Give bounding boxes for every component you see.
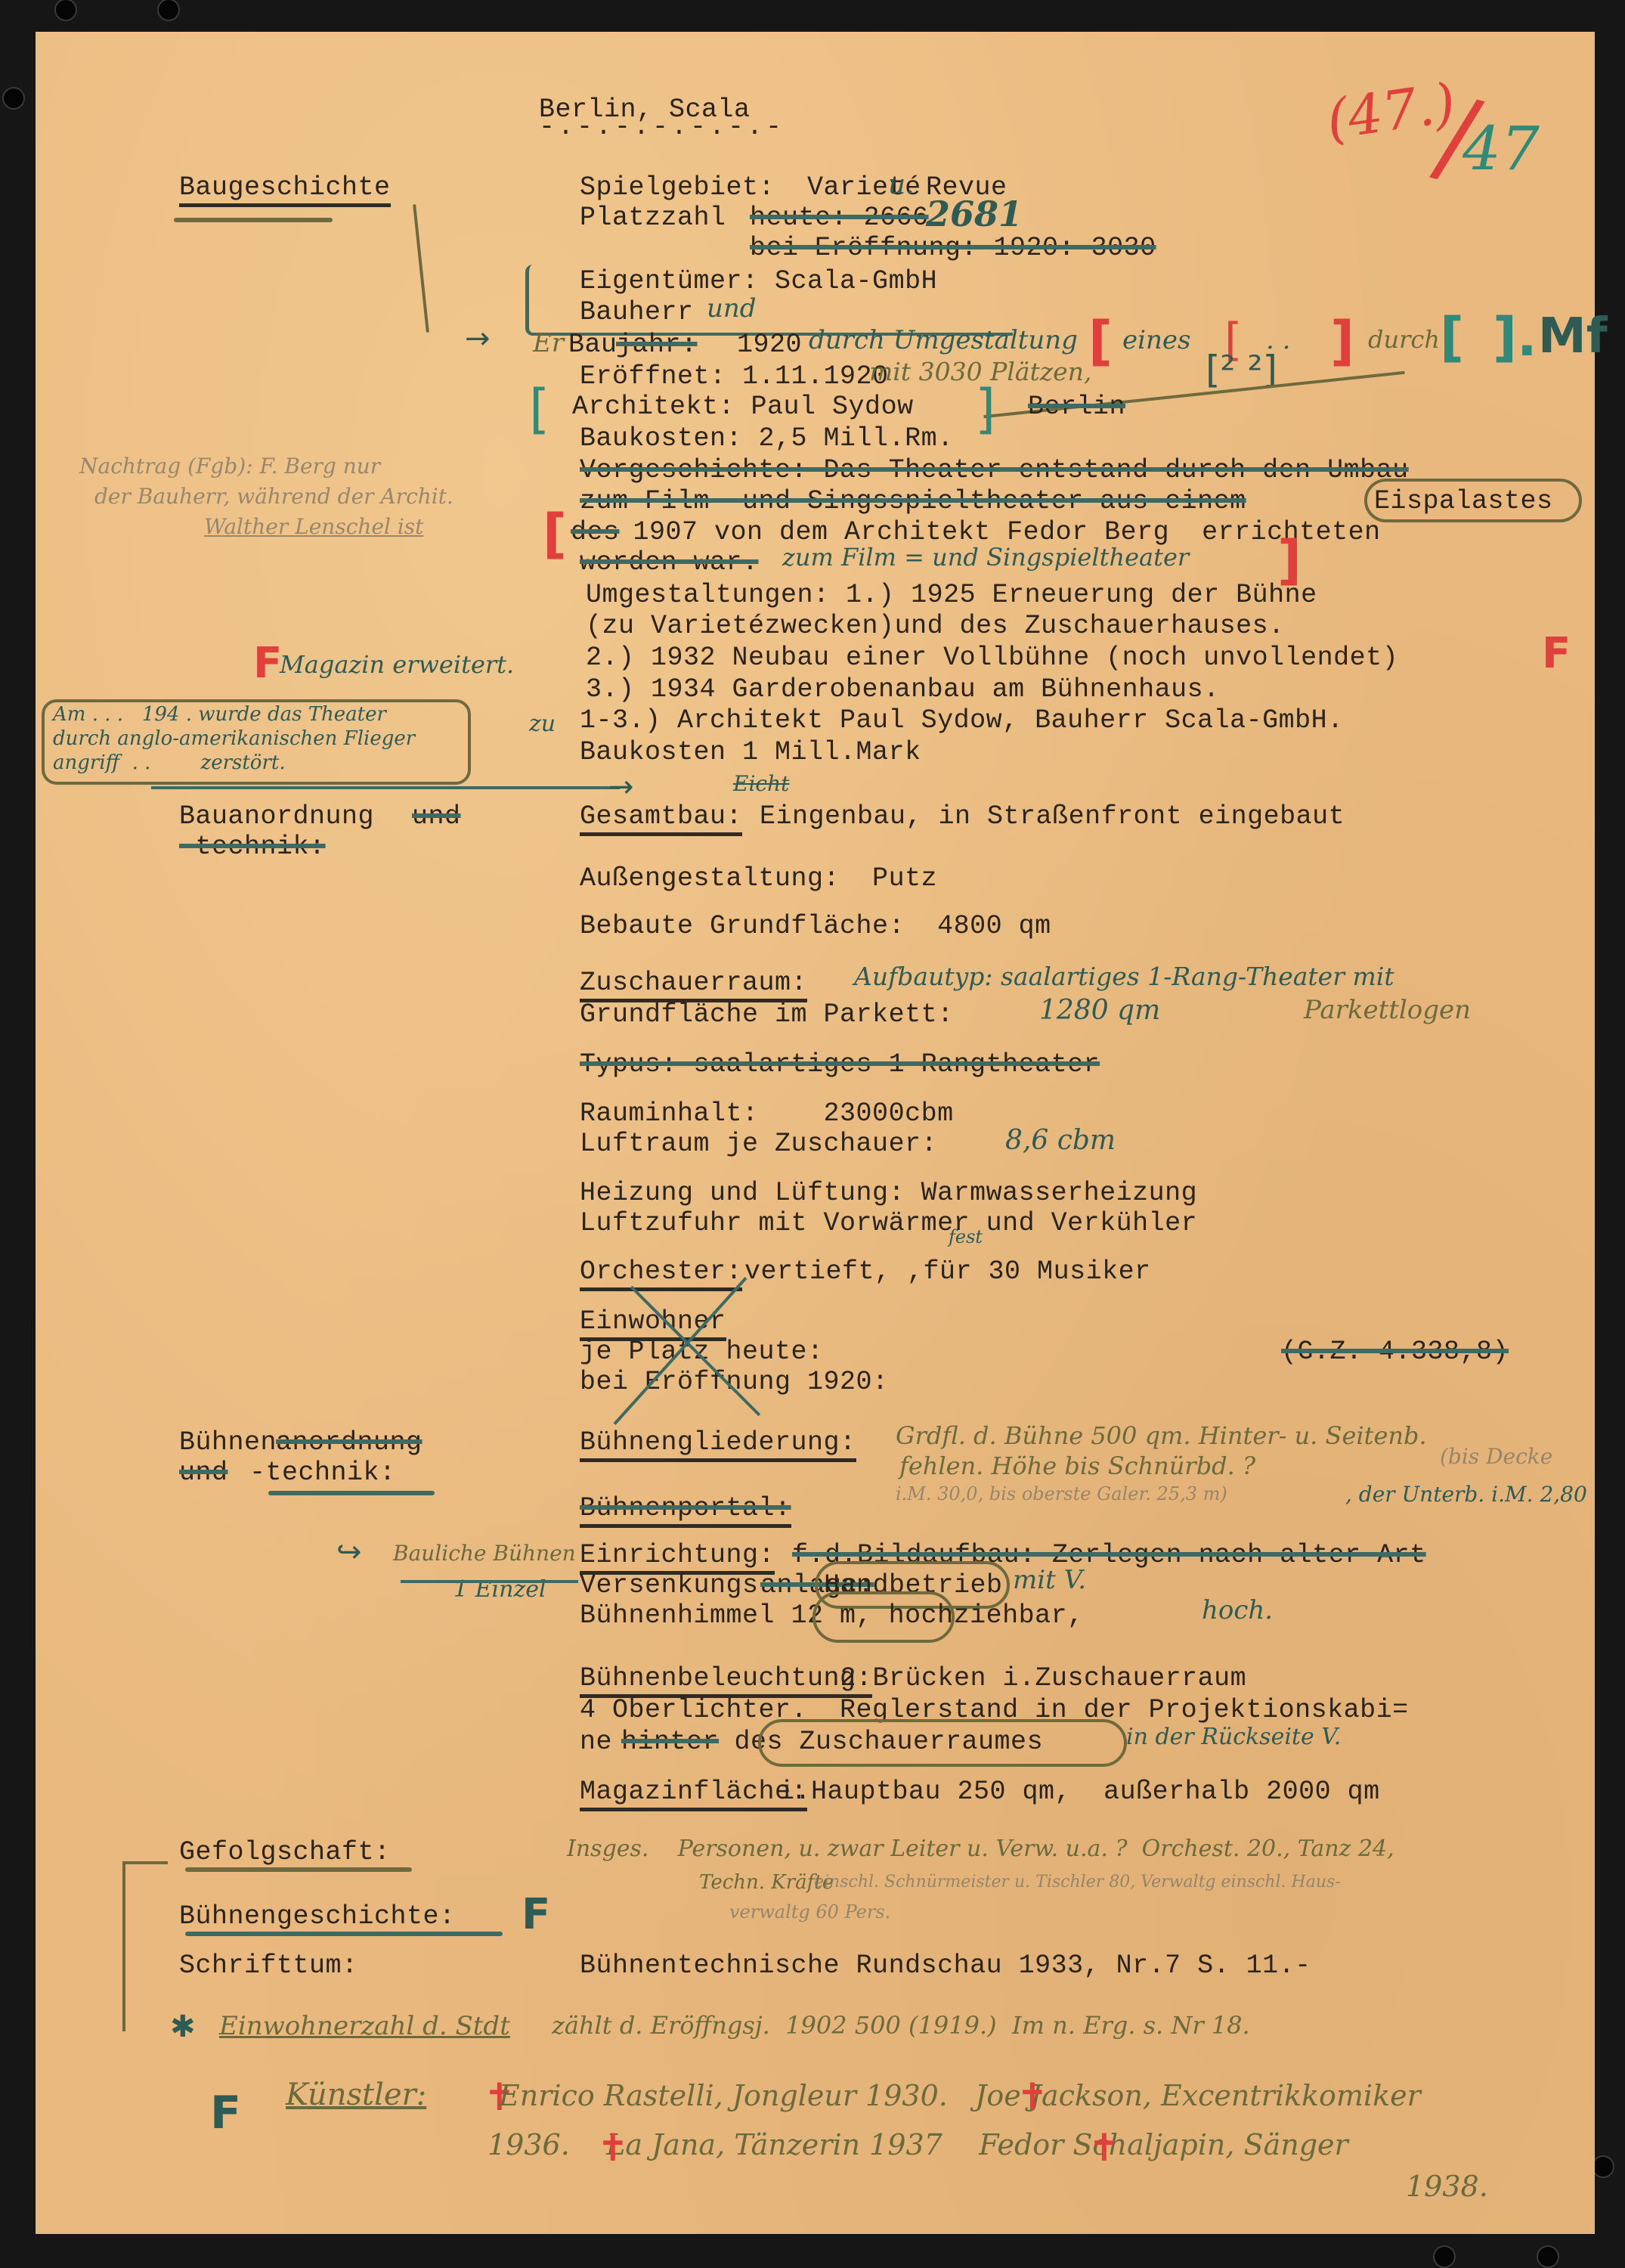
kuenstler-label: Künstler: <box>286 2077 426 2112</box>
umgestaltungen-line-1: Umgestaltungen: 1.) 1925 Erneuerung der … <box>586 580 1317 610</box>
umgestaltungen-line-6: Baukosten 1 Mill.Mark <box>580 737 921 767</box>
bebaute-grundflaeche: Bebaute Grundfläche: 4800 qm <box>580 911 1051 941</box>
einwohnerzahl-label: Einwohnerzahl d. Stdt <box>219 2011 510 2041</box>
cross-marker: ✝ <box>1088 2126 1120 2170</box>
orchester-handwritten: fest <box>949 1226 983 1247</box>
baujahr-handwritten-2: eines <box>1122 325 1190 355</box>
arrow-icon: → <box>608 770 634 804</box>
red-bracket-close: ] <box>1330 310 1354 372</box>
buehnengeschichte-label: Bühnengeschichte: <box>179 1901 456 1932</box>
destroyed-note-line-1: Am . . . 194 . wurde das Theater <box>53 703 386 726</box>
luftraum-handwritten: 8,6 cbm <box>1005 1125 1116 1156</box>
binder-hole <box>1435 2247 1454 2266</box>
underline-mark <box>174 218 333 222</box>
buehnengliederung-label: Bühnengliederung: <box>580 1427 856 1462</box>
pencil-note-line-2: der Bauherr, während der Archit. <box>94 484 453 509</box>
field-bauherr: Bauherr <box>580 297 694 327</box>
f-marker-red-magazin: F <box>253 639 282 688</box>
umgestaltungen-line-4: 3.) 1934 Garderobenanbau am Bühnenhaus. <box>586 674 1220 705</box>
red-bracket-des: [ <box>543 503 567 565</box>
baujahr-prefix-hw: Er <box>533 328 564 358</box>
green-bracket-architekt-close: ] <box>975 378 995 440</box>
binder-hole <box>1538 2247 1558 2266</box>
einwohner-je-platz: je Platz heute: <box>580 1337 824 1367</box>
aussengestaltung: Außengestaltung: Putz <box>580 863 937 894</box>
luftzufuhr: Luftzufuhr mit Vorwärmer und Verkühler <box>580 1208 1197 1238</box>
circle-zuschauerraum <box>758 1719 1127 1767</box>
vorgeschichte-des-struck: des <box>571 517 620 547</box>
parkettlogen-handwritten: Parkettlogen <box>1304 995 1471 1025</box>
binder-hole <box>56 0 76 20</box>
rauminhalt: Rauminhalt: 23000cbm <box>580 1098 954 1129</box>
underline-mark <box>401 1580 578 1583</box>
platzzahl-handwritten: 2681 <box>926 194 1023 234</box>
gliederung-pencil-1: (bis Decke <box>1440 1444 1552 1469</box>
orchester-value: vertieft, ,für 30 Musiker <box>744 1256 1151 1287</box>
kuenstler-line-3: 1938. <box>1406 2170 1488 2203</box>
section-label-bauanordnung: Bauanordnung <box>179 801 374 832</box>
baujahr-handwritten-durch: durch <box>1368 325 1440 354</box>
red-bracket-open: [ <box>1088 310 1113 372</box>
green-bracket-close: ]. <box>1493 306 1537 368</box>
grundflaeche-handwritten: 1280 qm <box>1039 995 1160 1026</box>
field-architekt: Architekt: Paul Sydow <box>572 392 914 422</box>
pencil-note-line-3: Walther Lenschel ist <box>204 514 423 539</box>
zuschauerraum-label: Zuschauerraum: <box>580 968 807 1002</box>
title-underline: -.-.-.-.-.-.- <box>539 112 785 142</box>
binder-hole <box>159 0 178 20</box>
gefolgschaft-label: Gefolgschaft: <box>179 1837 391 1867</box>
arrow-baujahr-icon: → <box>465 321 491 356</box>
destroyed-note-line-2: durch anglo-amerikanischen Flieger <box>53 727 415 750</box>
gefolgschaft-hw-1: Insges. Personen, u. zwar Leiter u. Verw… <box>567 1836 1394 1862</box>
underline-mark <box>185 1932 503 1936</box>
heizung: Heizung und Lüftung: Warmwasserheizung <box>580 1178 1197 1208</box>
field-baujahr-struck: jahr: <box>616 330 698 360</box>
cross-marker: ✝ <box>1017 2075 1048 2119</box>
zuschauerraum-handwritten: Aufbautyp: saalartiges 1-Rang-Theater mi… <box>854 962 1394 991</box>
binder-hole <box>4 88 23 108</box>
orchester-label: Orchester: <box>580 1256 742 1291</box>
field-baukosten: Baukosten: 2,5 Mill.Rm. <box>580 423 954 454</box>
page-number-green: 47 <box>1462 113 1540 184</box>
umgestaltungen-line-2: (zu Varietézwecken)und des Zuschauerhaus… <box>586 611 1285 641</box>
circle-12m <box>812 1591 955 1643</box>
gefolgschaft-pencil-2: einschl. Schnürmeister u. Tischler 80, V… <box>809 1873 1341 1892</box>
pencil-note-line-1: Nachtrag (Fgb): F. Berg nur <box>79 454 380 479</box>
connector-bracket <box>122 1861 125 2031</box>
arrow-line <box>151 786 620 789</box>
section-label-technik: -technik: <box>249 1458 396 1488</box>
einwohnerzahl-value: zählt d. Eröffngsj. 1902 500 (1919.) Im … <box>552 2011 1250 2040</box>
cross-marker: ✝ <box>597 2126 629 2170</box>
gliederung-hw-3: , der Unterb. i.M. 2,80 <box>1345 1482 1587 1507</box>
field-eroeffnet: Eröffnet: 1.11.1920 <box>580 361 889 392</box>
beleuchtung-hinter-struck: hinter <box>621 1727 719 1757</box>
vorgeschichte-line-2: zum Film- und Singsspieltheater aus eine… <box>580 486 1246 516</box>
asterisk-icon: ✱ <box>170 2009 196 2044</box>
gliederung-hw-1: Grdfl. d. Bühne 500 qm. Hinter- u. Seite… <box>896 1421 1427 1450</box>
f-marker: F <box>522 1890 550 1939</box>
margin-bauliche: Bauliche Bühnen <box>393 1541 576 1566</box>
field-baujahr-label: Bau <box>568 330 617 360</box>
gesamtbau-label: Gesamtbau: <box>580 801 742 836</box>
bauherr-handwritten: und <box>707 293 757 324</box>
magazin-note: Magazin erweitert. <box>280 650 514 679</box>
circle-eispalast <box>1364 479 1582 522</box>
underline-mark <box>268 1491 435 1495</box>
field-architekt-struck: Berlin <box>1028 392 1125 422</box>
buehnenportal-struck: Bühnenportal: <box>580 1493 791 1528</box>
gesamtbau-hw-struck: Eicht <box>733 771 789 796</box>
field-eigentuemer: Eigentümer: Scala-GmbH <box>580 266 937 296</box>
gliederung-hw-2: fehlen. Höhe bis Schnürbd. ? <box>899 1452 1255 1480</box>
umgestaltungen-line-5: 1-3.) Architekt Paul Sydow, Bauherr Scal… <box>580 705 1344 736</box>
section-label-buehnen: Bühnen <box>179 1427 277 1458</box>
umgestaltungen-line-3: 2.) 1932 Neubau einer Vollbühne (noch un… <box>586 643 1398 673</box>
field-eroeffnung-struck: bei Eröffnung: 1920: 3030 <box>750 233 1156 263</box>
section-label-anordnung-struck: anordnung <box>276 1427 422 1458</box>
kuenstler-line-1: Enrico Rastelli, Jongleur 1930. Joe Jack… <box>499 2079 1421 2112</box>
field-platzzahl-struck: heute: 2666 <box>750 203 929 233</box>
typus-struck: Typus: saalartiges 1-Rangtheater <box>580 1049 1100 1080</box>
luftraum: Luftraum je Zuschauer: <box>580 1129 937 1159</box>
gesamtbau-value: Eingenbau, in Straßenfront eingebaut <box>760 801 1345 832</box>
schrifttum-label: Schrifttum: <box>179 1950 358 1981</box>
underline-mark <box>185 1867 412 1872</box>
vorgeschichte-worden-struck: worden war. <box>580 547 759 578</box>
vorgeschichte-handwritten: zum Film = und Singspieltheater <box>782 543 1189 572</box>
handwritten-u: u. <box>888 169 915 200</box>
section-label-baugeschichte: Baugeschichte <box>179 172 391 207</box>
f-marker-kuenstler: F <box>210 2087 241 2139</box>
field-platzzahl-label: Platzzahl <box>580 203 726 233</box>
bauanordnung-technik-struck: -technik: <box>179 832 326 862</box>
beleuchtung-line-1: 2 Brücken i.Zuschauerraum <box>824 1663 1246 1693</box>
section-label-und-struck: und <box>179 1458 228 1488</box>
bauanordnung-und-struck: und <box>412 801 461 832</box>
himmel-handwritten: hoch. <box>1202 1595 1273 1625</box>
connector-bracket-top <box>122 1861 168 1864</box>
field-baujahr-value: 1920 <box>737 330 802 360</box>
beleuchtung-handwritten: in der Rückseite V. <box>1126 1724 1341 1750</box>
zu-note: zu <box>529 711 556 737</box>
grundflaeche-parkett: Grundfläche im Parkett: <box>580 999 954 1030</box>
versenkung-label: Versenkungs <box>580 1570 759 1600</box>
gefolgschaft-pencil-3: verwaltg 60 Pers. <box>729 1901 890 1923</box>
magazin-value: i.Hauptbau 250 qm, außerhalb 2000 qm <box>778 1777 1380 1807</box>
vorgeschichte-line-1: Vorgeschichte: Das Theater entstand durc… <box>580 455 1409 485</box>
versenkung-handwritten: mit V. <box>1013 1565 1086 1595</box>
arrow-icon: ↪ <box>336 1535 362 1569</box>
gliederung-pencil-2: i.M. 30,0, bis oberste Galer. 25,3 m) <box>896 1483 1227 1504</box>
green-bracket-architekt: [ <box>529 378 549 440</box>
baujahr-handwritten: durch Umgestaltung <box>809 325 1078 355</box>
scribble-mark: Mf <box>1538 308 1608 364</box>
schrifttum-value: Bühnentechnische Rundschau 1933, Nr.7 S.… <box>580 1950 1311 1981</box>
field-spielgebiet: Spielgebiet: Varieté <box>580 172 921 203</box>
destroyed-note-line-3: angriff . . zerstört. <box>53 751 286 774</box>
magazin-label: Magazinfläche: <box>580 1777 807 1811</box>
f-marker-red: F <box>1542 629 1571 678</box>
binder-hole <box>1593 2157 1613 2177</box>
gz-struck: (G.Z. 4.338,8) <box>1281 1337 1509 1367</box>
green-bracket-open: [ <box>1440 306 1464 368</box>
